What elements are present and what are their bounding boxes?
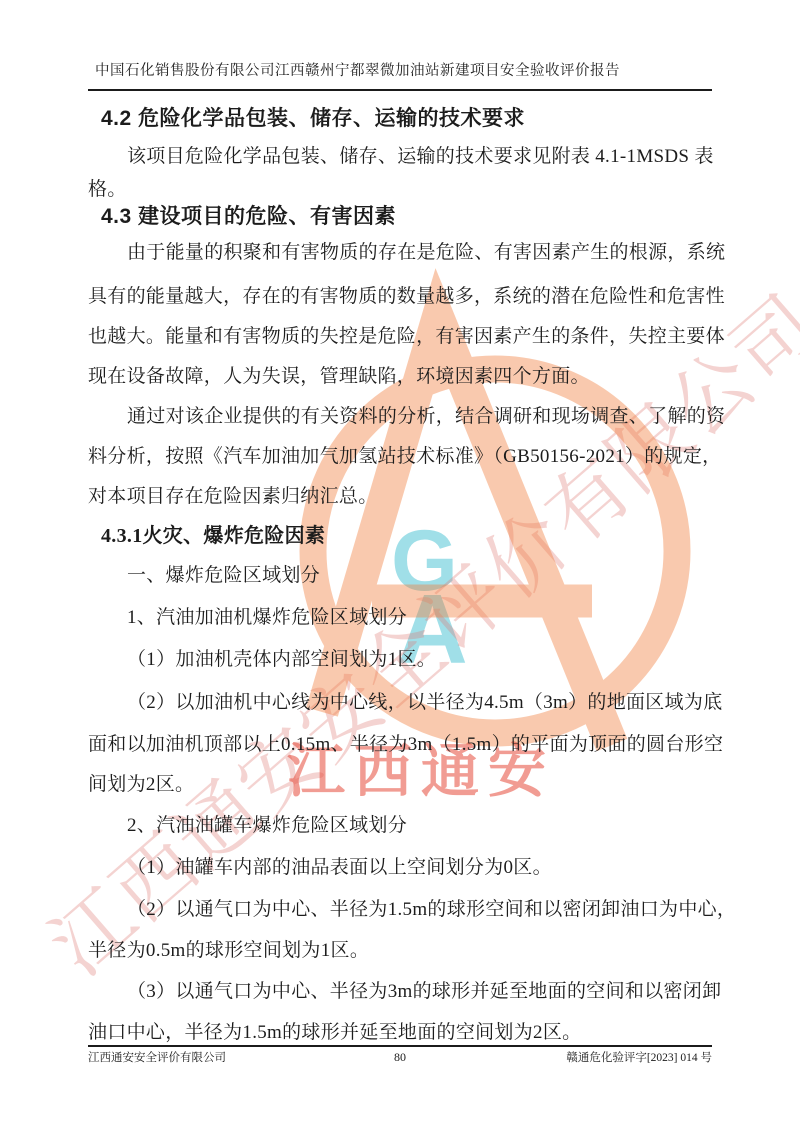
doc-text-line: 由于能量的积聚和有害物质的存在是危险、有害因素产生的根源，系统 [88,229,712,277]
header-rule [88,89,712,91]
doc-text-line: 料分析，按照《汽车加油加气加氢站技术标准》（GB50156-2021）的规定， [88,437,712,477]
doc-text-line: （3）以通气口为中心、半径为3m的球形并延至地面的空间和以密闭卸 [88,971,712,1013]
page-number: 80 [394,1049,406,1065]
doc-text-line: 通过对该企业提供的有关资料的分析，结合调研和现场调查、了解的资 [88,397,712,437]
footer-rule [88,1045,712,1047]
doc-text-line: 油口中心，半径为1.5m的球形并延至地面的空间划为2区。 [88,1013,712,1053]
footer-company: 江西通安安全评价有限公司 [88,1050,394,1066]
doc-text-line: 该项目危险化学品包装、储存、运输的技术要求见附表 4.1-1MSDS 表 [88,139,712,175]
doc-text-line: 1、汽油加油机爆炸危险区域划分 [88,597,712,639]
doc-text-line: 也越大。能量和有害物质的失控是危险，有害因素产生的条件，失控主要体 [88,317,712,357]
report-title: 中国石化销售股份有限公司江西赣州宁都翠微加油站新建项目安全验收评价报告 [88,58,712,84]
section-heading-4-3-1: 4.3.1火灾、爆炸危险因素 [88,517,712,555]
doc-text-line: 间划为2区。 [88,765,712,805]
doc-text-line: 具有的能量越大，存在的有害物质的数量越多，系统的潜在危险性和危害性 [88,277,712,317]
doc-text-line: （1）加油机壳体内部空间划为1区。 [88,639,712,681]
doc-text-line: （1）油罐车内部的油品表面以上空间划分为0区。 [88,847,712,889]
footer-doc-number: 赣通危化验评字[2023] 014 号 [406,1050,712,1066]
doc-text-line: 现在设备故障，人为失误，管理缺陷，环境因素四个方面。 [88,357,712,397]
doc-text-line: 对本项目存在危险因素归纳汇总。 [88,477,712,517]
document-body: 4.2 危险化学品包装、储存、运输的技术要求 该项目危险化学品包装、储存、运输的… [88,99,712,1053]
page-footer: 江西通安安全评价有限公司 80 赣通危化验评字[2023] 014 号 [88,1049,712,1066]
doc-text-line: 格。 [88,175,712,205]
doc-text-line: 一、爆炸危险区域划分 [88,555,712,597]
page-header: 中国石化销售股份有限公司江西赣州宁都翠微加油站新建项目安全验收评价报告 [88,58,712,84]
section-heading-4-2: 4.2 危险化学品包装、储存、运输的技术要求 [88,99,712,139]
doc-text-line: （2）以通气口为中心、半径为1.5m的球形空间和以密闭卸油口为中心， [88,889,712,931]
section-heading-4-3: 4.3 建设项目的危险、有害因素 [88,205,712,229]
doc-text-line: （2）以加油机中心线为中心线，以半径为4.5m（3m）的地面区域为底 [88,681,712,725]
document-page: G A 江西通安安全评价有限公司 江西通安 中国石化销售股份有限公司江西赣州宁都… [0,0,800,1131]
doc-text-line: 2、汽油油罐车爆炸危险区域划分 [88,805,712,847]
doc-text-line: 半径为0.5m的球形空间划为1区。 [88,931,712,971]
doc-text-line: 面和以加油机顶部以上0.15m、半径为3m（1.5m）的平面为顶面的圆台形空 [88,725,712,765]
